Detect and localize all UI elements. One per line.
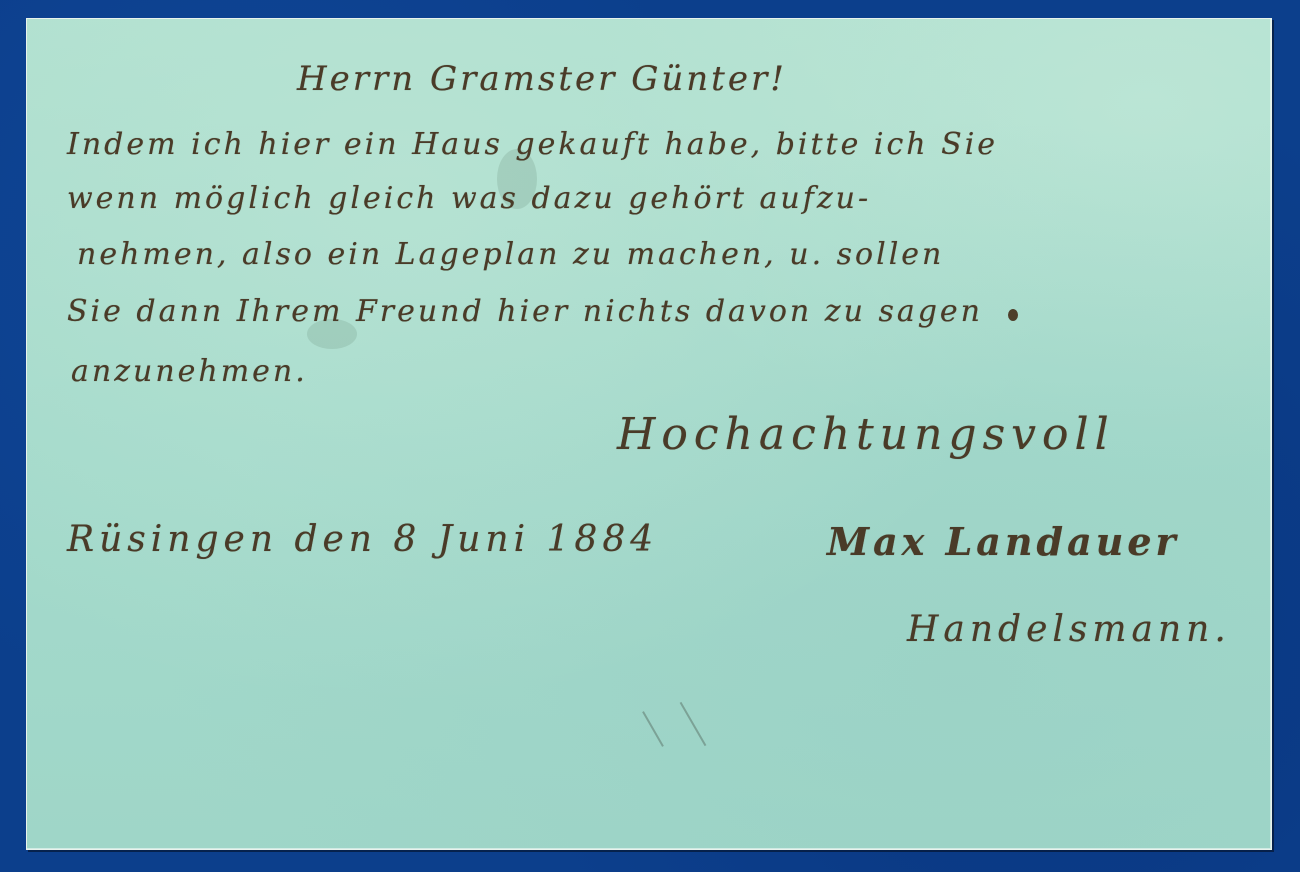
postcard: Herrn Gramster Günter! Indem ich hier ei… — [26, 18, 1272, 850]
signature-name: Max Landauer — [827, 519, 1180, 564]
closing-salutation: Hochachtungsvoll — [617, 409, 1115, 460]
body-line: anzunehmen. — [71, 354, 308, 389]
paper-scratch — [642, 711, 664, 747]
body-line: Indem ich hier ein Haus gekauft habe, bi… — [67, 127, 998, 162]
body-line: wenn möglich gleich was dazu gehört aufz… — [67, 181, 871, 216]
ink-blot — [1008, 309, 1018, 321]
signature-title: Handelsmann. — [907, 609, 1231, 650]
greeting: Herrn Gramster Günter! — [297, 59, 787, 99]
place-date: Rüsingen den 8 Juni 1884 — [67, 519, 658, 560]
paper-scratch — [680, 702, 707, 746]
body-line: Sie dann Ihrem Freund hier nichts davon … — [67, 294, 983, 329]
body-line: nehmen, also ein Lageplan zu machen, u. … — [77, 237, 944, 272]
